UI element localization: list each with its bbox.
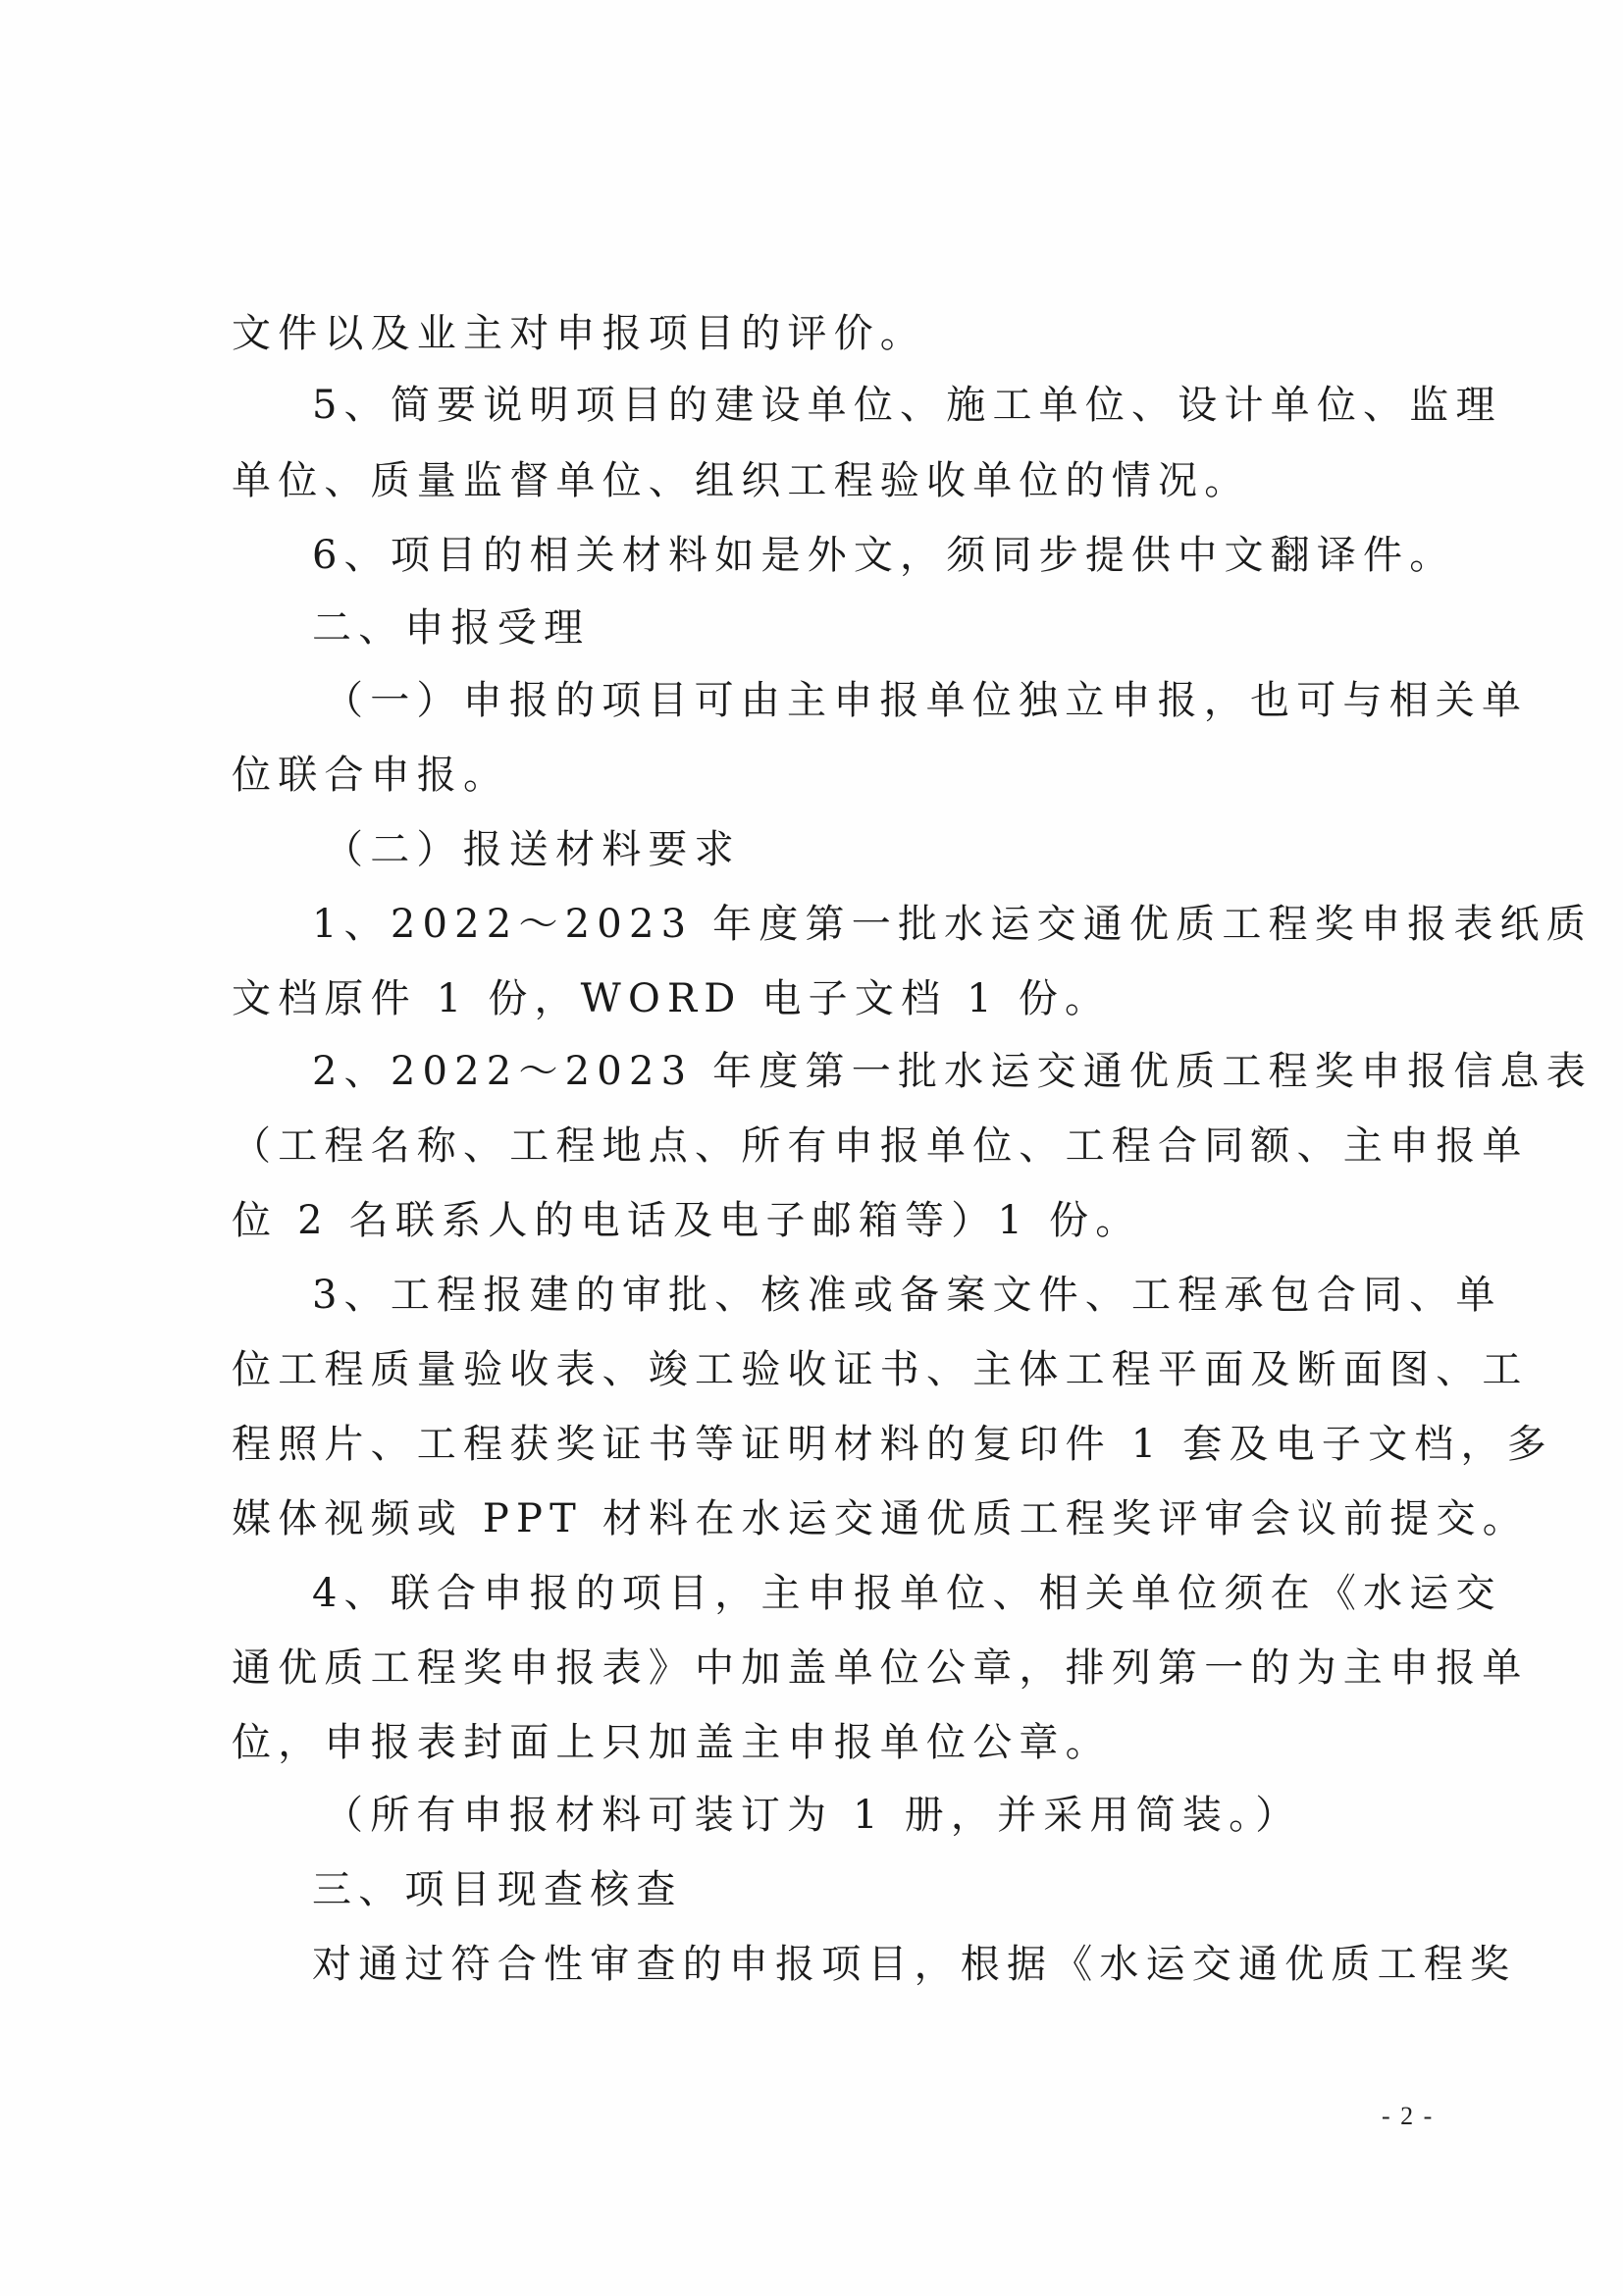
paragraph-line: 文件以及业主对申报项目的评价。 <box>232 306 926 361</box>
document-page: 文件以及业主对申报项目的评价。 5、简要说明项目的建设单位、施工单位、设计单位、… <box>0 0 1623 2296</box>
paragraph-line: 位工程质量验收表、竣工验收证书、主体工程平面及断面图、工 <box>232 1342 1529 1397</box>
subsection-2-heading: （二）报送材料要求 <box>324 822 741 877</box>
paragraph-line: 位 2 名联系人的电话及电子邮箱等）1 份。 <box>232 1193 1141 1248</box>
paragraph-line: 程照片、工程获奖证书等证明材料的复印件 1 套及电子文档，多 <box>232 1417 1553 1472</box>
page-number: - 2 - <box>1382 2102 1434 2131</box>
paragraph-line: （工程名称、工程地点、所有申报单位、工程合同额、主申报单 <box>232 1119 1529 1174</box>
paragraph-line: 通优质工程奖申报表》中加盖单位公章，排列第一的为主申报单 <box>232 1641 1529 1696</box>
item-6-line: 6、项目的相关材料如是外文，须同步提供中文翻译件。 <box>312 528 1455 583</box>
paragraph-line: 对通过符合性审查的申报项目，根据《水运交通优质工程奖 <box>312 1937 1516 1992</box>
item-3-line: 3、工程报建的审批、核准或备案文件、工程承包合同、单 <box>312 1268 1502 1323</box>
item-4-line: 4、联合申报的项目，主申报单位、相关单位须在《水运交 <box>312 1566 1502 1621</box>
paragraph-line: 媒体视频或 PPT 材料在水运交通优质工程奖评审会议前提交。 <box>232 1491 1529 1546</box>
section-heading-2: 二、申报受理 <box>312 600 590 655</box>
subsection-1-line: （一）申报的项目可由主申报单位独立申报，也可与相关单 <box>324 673 1528 728</box>
item-2-line: 2、2022～2023 年度第一批水运交通优质工程奖申报信息表 <box>312 1044 1593 1099</box>
section-heading-3: 三、项目现查核查 <box>312 1862 683 1917</box>
paragraph-line: 位，申报表封面上只加盖主申报单位公章。 <box>232 1715 1112 1770</box>
item-1-line: 1、2022～2023 年度第一批水运交通优质工程奖申报表纸质 <box>312 897 1593 952</box>
item-5-line: 5、简要说明项目的建设单位、施工单位、设计单位、监理 <box>312 378 1502 433</box>
paragraph-line: 单位、质量监督单位、组织工程验收单位的情况。 <box>232 453 1250 508</box>
note-line: （所有申报材料可装订为 1 册，并采用简装。） <box>324 1788 1301 1843</box>
paragraph-line: 文档原件 1 份，WORD 电子文档 1 份。 <box>232 971 1111 1026</box>
paragraph-line: 位联合申报。 <box>232 748 509 803</box>
